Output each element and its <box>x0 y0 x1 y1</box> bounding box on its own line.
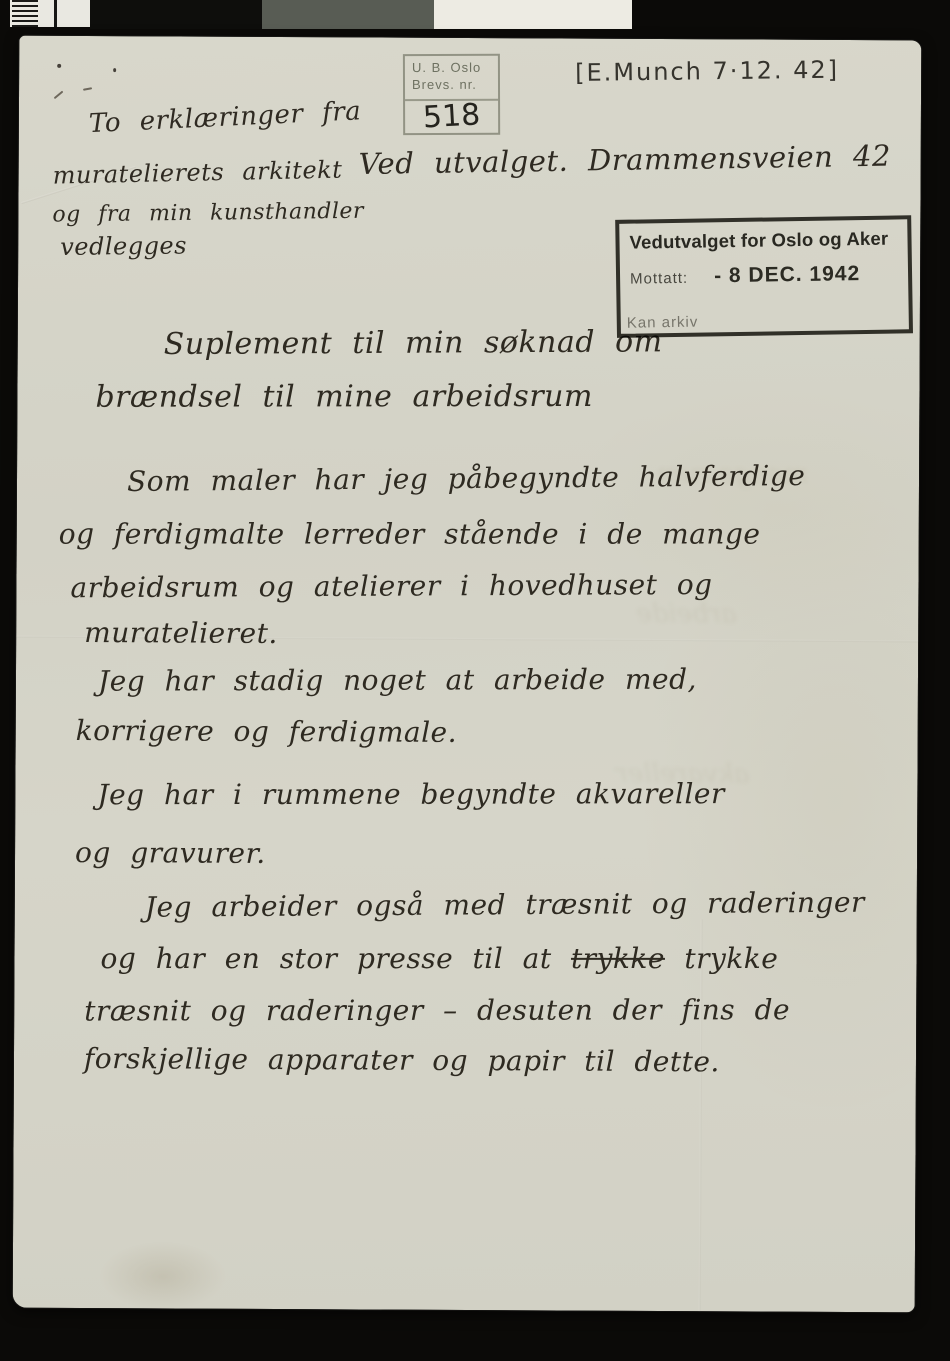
letter-body-line: Som maler har jeg påbegyndte halvferdige <box>127 459 806 498</box>
letter-body-line: træsnit og raderinger – desuten der fins… <box>84 993 790 1027</box>
ink-speck <box>57 64 61 68</box>
body-text: trykke <box>684 942 778 975</box>
calibration-patch-white <box>434 0 632 29</box>
letter-body-line: forskjellige apparater og papir til dett… <box>84 1042 720 1078</box>
letter-body-line: og ferdigmalte lerreder stående i de man… <box>59 518 761 551</box>
letter-body-line: muratelieret. <box>84 616 278 650</box>
letter-body-line: arbeidsrum og atelierer i hovedhuset og <box>70 568 712 604</box>
margin-note-line: To erklæringer fra <box>88 96 361 139</box>
calibration-patch-black <box>90 0 262 29</box>
calibration-patch-gray <box>262 0 434 29</box>
ink-dash <box>83 87 92 90</box>
bleed-through-smudge: arbeide <box>636 599 736 630</box>
letter-heading-line: Suplement til min søknad om <box>164 324 663 362</box>
pencil-annotation: [E.Munch 7·12. 42] <box>575 56 839 87</box>
crossed-out-word: trykke <box>571 942 665 975</box>
address-line: Ved utvalget. Drammensveien 42 <box>358 139 891 181</box>
received-stamp: Vedutvalget for Oslo og Aker Mottatt: - … <box>615 215 913 338</box>
margin-note-line: og fra min kunsthandler <box>52 199 364 228</box>
received-date: - 8 DEC. 1942 <box>714 262 860 288</box>
received-stamp-row: Mottatt: - 8 DEC. 1942 <box>630 261 902 289</box>
letter-body-line: korrigere og ferdigmale. <box>76 714 458 749</box>
ruler-index-line <box>54 0 57 27</box>
ruler-tick-marks <box>12 0 38 27</box>
margin-note-line: vedlegges <box>60 231 187 261</box>
archive-stamp: U. B. Oslo Brevs. nr. 518 <box>403 54 500 135</box>
received-stamp-title: Vedutvalget for Oslo og Aker <box>629 227 901 253</box>
received-label: Mottatt: <box>630 270 688 288</box>
margin-note-line: muratelierets arkitekt <box>52 156 342 190</box>
ink-speck <box>113 68 116 72</box>
ink-dash <box>54 91 64 100</box>
received-stamp-note: Kan arkiv <box>627 314 699 332</box>
body-text: og har en stor presse til at <box>101 942 552 975</box>
archive-stamp-text: U. B. Oslo Brevs. nr. <box>405 56 498 101</box>
letter-body-line: Jeg har i rummene begyndte akvareller <box>97 777 725 811</box>
letter-body-line: og gravurer. <box>75 836 266 870</box>
letter-body-line-with-correction: og har en stor presse til at trykke tryk… <box>101 942 779 975</box>
calibration-ruler <box>10 0 90 27</box>
archive-stamp-field: Brevs. nr. <box>412 76 498 93</box>
letter-paper: mange rum arbeide akvareller U. B. Oslo … <box>13 36 922 1313</box>
scanned-letter-page: mange rum arbeide akvareller U. B. Oslo … <box>0 0 950 1361</box>
archive-stamp-org: U. B. Oslo <box>412 59 498 76</box>
archive-number: 518 <box>404 98 499 135</box>
letter-body-line: Jeg har stadig noget at arbeide med, <box>98 663 697 698</box>
letter-heading-line: brændsel til mine arbeidsrum <box>95 379 593 415</box>
crease-vertical <box>699 919 703 1311</box>
letter-body-line: Jeg arbeider også med træsnit og raderin… <box>145 886 865 924</box>
